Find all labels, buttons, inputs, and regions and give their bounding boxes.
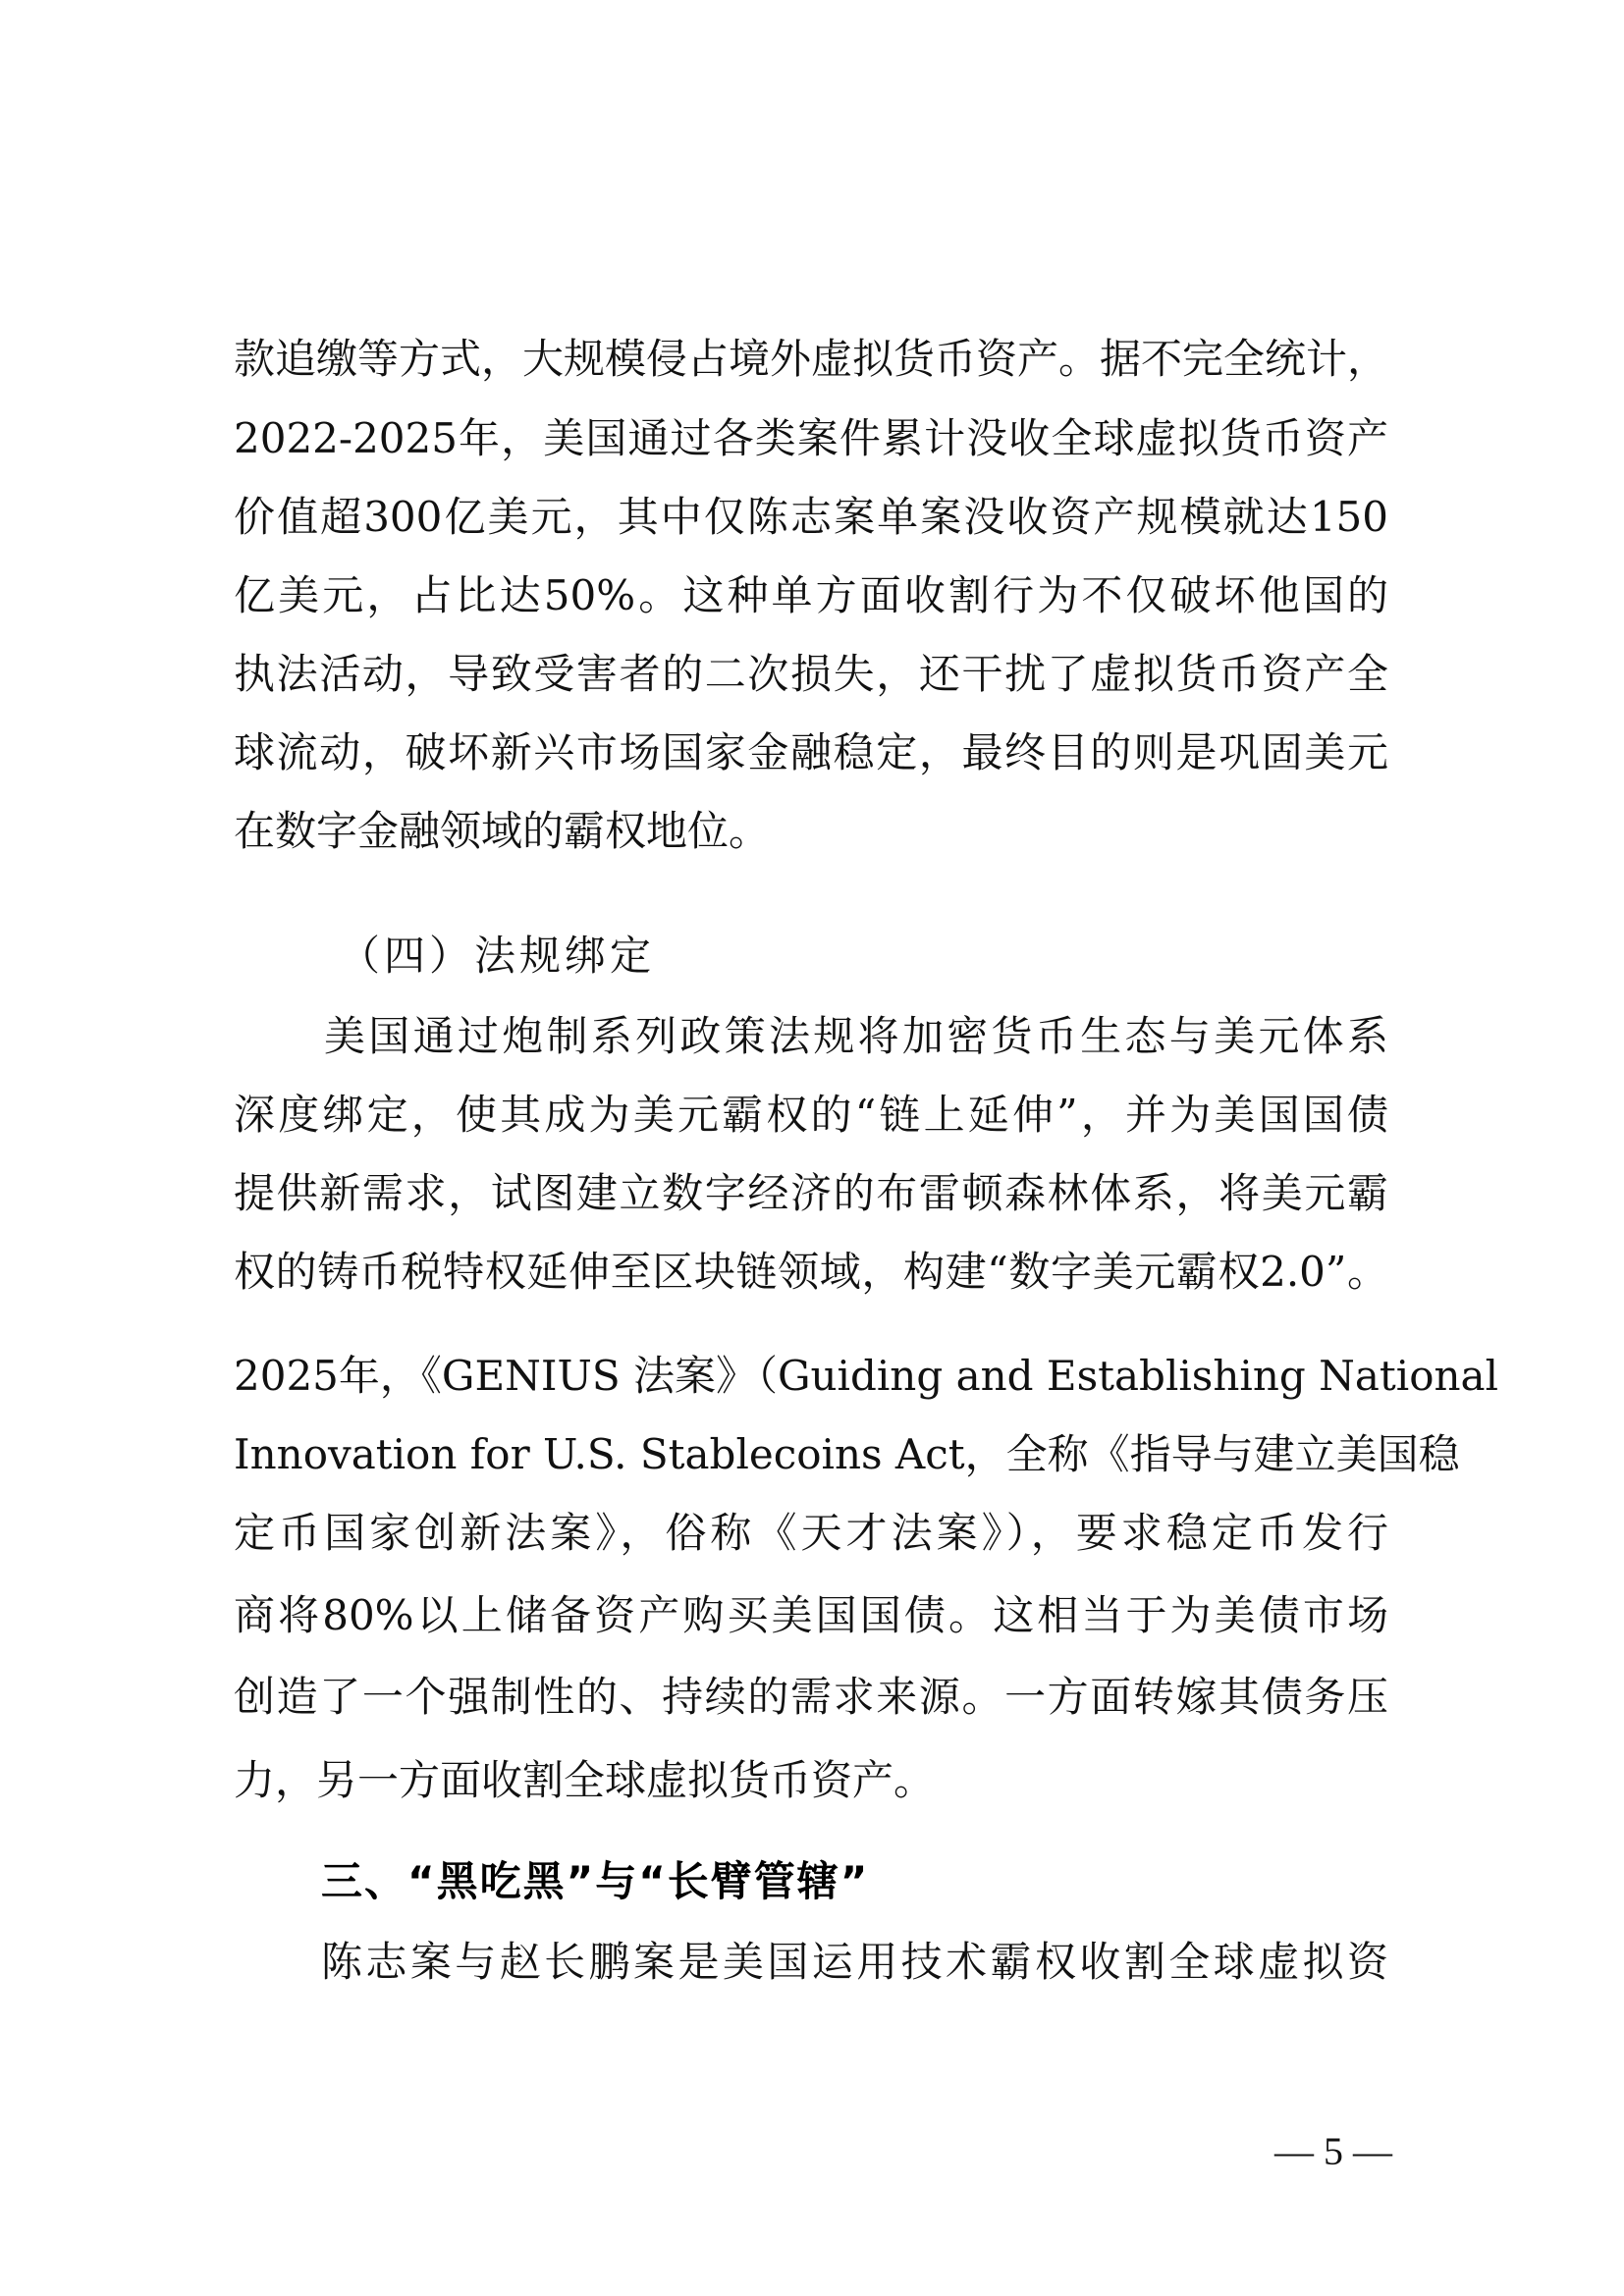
paragraph-line: 2025年，《GENIUS 法案》（Guiding and Establishi… xyxy=(234,1353,1388,1400)
paragraph-line: 美国通过炮制系列政策法规将加密货币生态与美元体系 xyxy=(324,1013,1388,1060)
paragraph-line: 权的铸币税特权延伸至区块链领域，构建“数字美元霸权2.0”。 xyxy=(234,1249,1388,1296)
paragraph-line: 创造了一个强制性的、持续的需求来源。一方面转嫁其债务压 xyxy=(234,1674,1388,1721)
paragraph-line: 陈志案与赵长鹏案是美国运用技术霸权收割全球虚拟资 xyxy=(321,1939,1388,1986)
paragraph-line: 深度绑定，使其成为美元霸权的“链上延伸”，并为美国国债 xyxy=(234,1092,1388,1139)
paragraph-line: 在数字金融领域的霸权地位。 xyxy=(234,808,1388,855)
paragraph-line: 定币国家创新法案》，俗称《天才法案》），要求稳定币发行 xyxy=(234,1510,1388,1557)
paragraph-line: 亿美元，占比达50%。这种单方面收割行为不仅破坏他国的 xyxy=(234,572,1388,619)
paragraph-line: 商将80%以上储备资产购买美国国债。这相当于为美债市场 xyxy=(234,1592,1388,1639)
paragraph-line: 2022-2025年，美国通过各类案件累计没收全球虚拟货币资产 xyxy=(234,415,1388,462)
paragraph-line: 执法活动，导致受害者的二次损失，还干扰了虚拟货币资产全 xyxy=(234,651,1388,698)
paragraph-line: 款追缴等方式，大规模侵占境外虚拟货币资产。据不完全统计， xyxy=(234,336,1388,383)
section-heading: 三、“黑吃黑”与“长臂管辖” xyxy=(321,1858,869,1905)
subheading: （四）法规绑定 xyxy=(339,933,655,980)
page-number: — 5 — xyxy=(1274,2128,1392,2175)
document-page: 款追缴等方式，大规模侵占境外虚拟货币资产。据不完全统计， 2022-2025年，… xyxy=(0,0,1624,2296)
paragraph-line: 提供新需求，试图建立数字经济的布雷顿森林体系，将美元霸 xyxy=(234,1170,1388,1217)
paragraph-line: Innovation for U.S. Stablecoins Act，全称《指… xyxy=(234,1431,1388,1478)
paragraph-line: 力，另一方面收割全球虚拟货币资产。 xyxy=(234,1757,1388,1804)
paragraph-line: 球流动，破坏新兴市场国家金融稳定，最终目的则是巩固美元 xyxy=(234,729,1388,776)
paragraph-line: 价值超300亿美元，其中仅陈志案单案没收资产规模就达150 xyxy=(234,494,1388,541)
